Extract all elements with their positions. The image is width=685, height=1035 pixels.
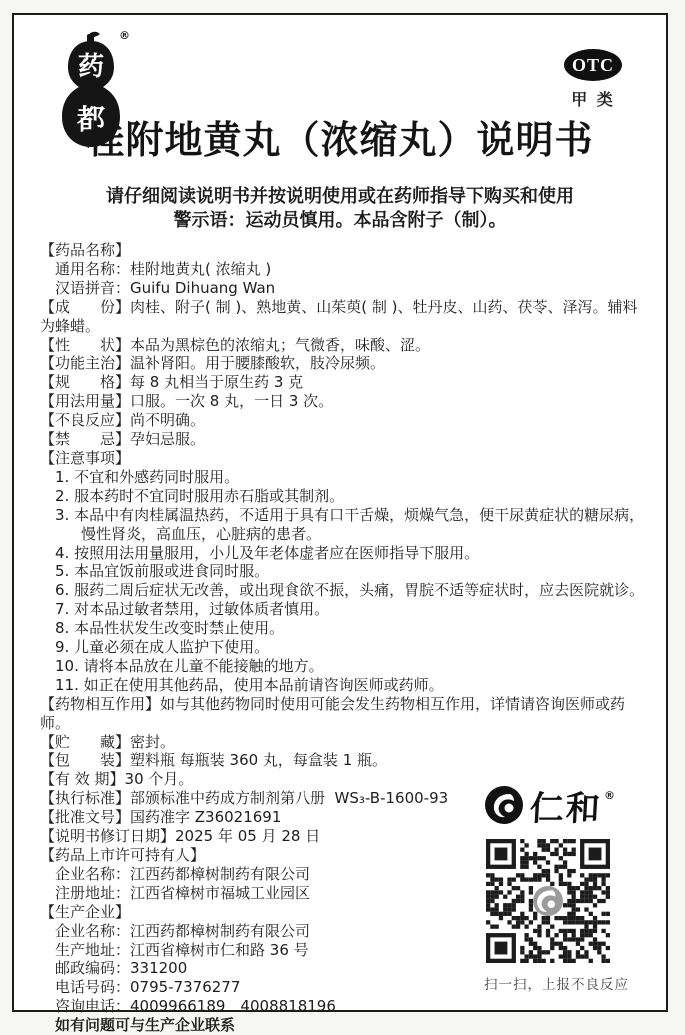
leaflet-line: 10. 请将本品放在儿童不能接触的地方。: [55, 657, 648, 676]
leaflet-line: 4. 按照用法用量服用，小儿及年老体虚者应在医师指导下服用。: [55, 544, 648, 563]
renhe-circle-icon: [484, 785, 524, 825]
leaflet-sheet: 药 都 ® OTC 甲 类 桂附地黄丸（浓缩丸）说明书 请仔细阅读说明书并按说明…: [12, 13, 668, 1012]
otc-block: OTC 甲 类: [564, 49, 622, 110]
leaflet-line: 【药物相互作用】如与其他药物同时使用可能会发生药物相互作用，详情请咨询医师或药师…: [40, 695, 648, 733]
leaflet-line: 9. 儿童必须在成人监护下使用。: [55, 638, 648, 657]
qr-caption: 扫一扫，上报不良反应: [484, 973, 649, 993]
qr-code: [486, 839, 610, 963]
leaflet-line: 1. 不宜和外感药同时服用。: [55, 468, 648, 487]
leaflet-line: 通用名称：桂附地黄丸( 浓缩丸 ): [55, 260, 648, 279]
leaflet-line: 【不良反应】尚不明确。: [40, 411, 648, 430]
otc-badge: OTC: [564, 49, 622, 81]
leaflet-line: 8. 本品性状发生改变时禁止使用。: [55, 619, 648, 638]
notice-block: 请仔细阅读说明书并按说明使用或在药师指导下购买和使用 警示语：运动员慎用。本品含…: [14, 185, 666, 233]
leaflet-line: 【性 状】本品为黑棕色的浓缩丸；气微香，味酸、涩。: [40, 336, 648, 355]
renhe-logo-text: 仁和: [529, 781, 604, 830]
leaflet-line: 【贮 藏】密封。: [40, 733, 648, 752]
leaflet-line: 2. 服本药时不宜同时服用赤石脂或其制剂。: [55, 487, 648, 506]
page-title: 桂附地黄丸（浓缩丸）说明书: [14, 109, 666, 164]
leaflet-line: 【用法用量】口服。一次 8 丸，一日 3 次。: [40, 392, 648, 411]
leaflet-line: 【包 装】塑料瓶 每瓶装 360 丸，每盒装 1 瓶。: [40, 751, 648, 770]
warning-notice: 警示语：运动员慎用。本品含附子（制）。: [14, 209, 666, 233]
leaflet-line: 慢性肾炎，高血压，心脏病的患者。: [81, 525, 648, 544]
leaflet-line: 【药品名称】: [40, 241, 648, 260]
leaflet-line: 【功能主治】温补肾阳。用于腰膝酸软，肢冷尿频。: [40, 354, 648, 373]
leaflet-line: 【注意事项】: [40, 449, 648, 468]
leaflet-header: 药 都 ® OTC 甲 类 桂附地黄丸（浓缩丸）说明书 请仔细阅读说明书并按说明…: [14, 15, 666, 227]
leaflet-line: 【禁 忌】孕妇忌服。: [40, 430, 648, 449]
leaflet-line: 6. 服药二周后症状无改善，或出现食欲不振，头痛，胃脘不适等症状时，应去医院就诊…: [55, 581, 648, 600]
brand-registered-mark: ®: [119, 29, 130, 42]
leaflet-line: 7. 对本品过敏者禁用，过敏体质者慎用。: [55, 600, 648, 619]
renhe-registered-mark: ®: [604, 789, 615, 802]
gourd-logo-char-top: 药: [78, 52, 104, 82]
leaflet-line: 如有问题可与生产企业联系: [55, 1016, 648, 1024]
renhe-brand-logo: 仁和 ®: [484, 783, 649, 827]
leaflet-line: 5. 本品宜饭前服或进食同时服。: [55, 562, 648, 581]
leaflet-line: 【规 格】每 8 丸相当于原生药 3 克: [40, 373, 648, 392]
right-column: 仁和 ® 扫一扫，上报不良反应: [484, 783, 649, 993]
leaflet-line: 咨询电话：4009966189 4008818196: [55, 997, 648, 1016]
otc-category-label: 甲 类: [564, 87, 622, 110]
leaflet-line: 汉语拼音：Guifu Dihuang Wan: [55, 279, 648, 298]
leaflet-line: 【成 份】肉桂、附子( 制 )、熟地黄、山茱萸( 制 )、牡丹皮、山药、茯苓、泽…: [40, 298, 648, 336]
leaflet-line: 3. 本品中有肉桂属温热药，不适用于具有口干舌燥，烦燥气急，便干尿黄症状的糖尿病…: [55, 506, 648, 525]
read-instruction-notice: 请仔细阅读说明书并按说明使用或在药师指导下购买和使用: [14, 185, 666, 209]
leaflet-line: 11. 如正在使用其他药品，使用本品前请咨询医师或药师。: [55, 676, 648, 695]
